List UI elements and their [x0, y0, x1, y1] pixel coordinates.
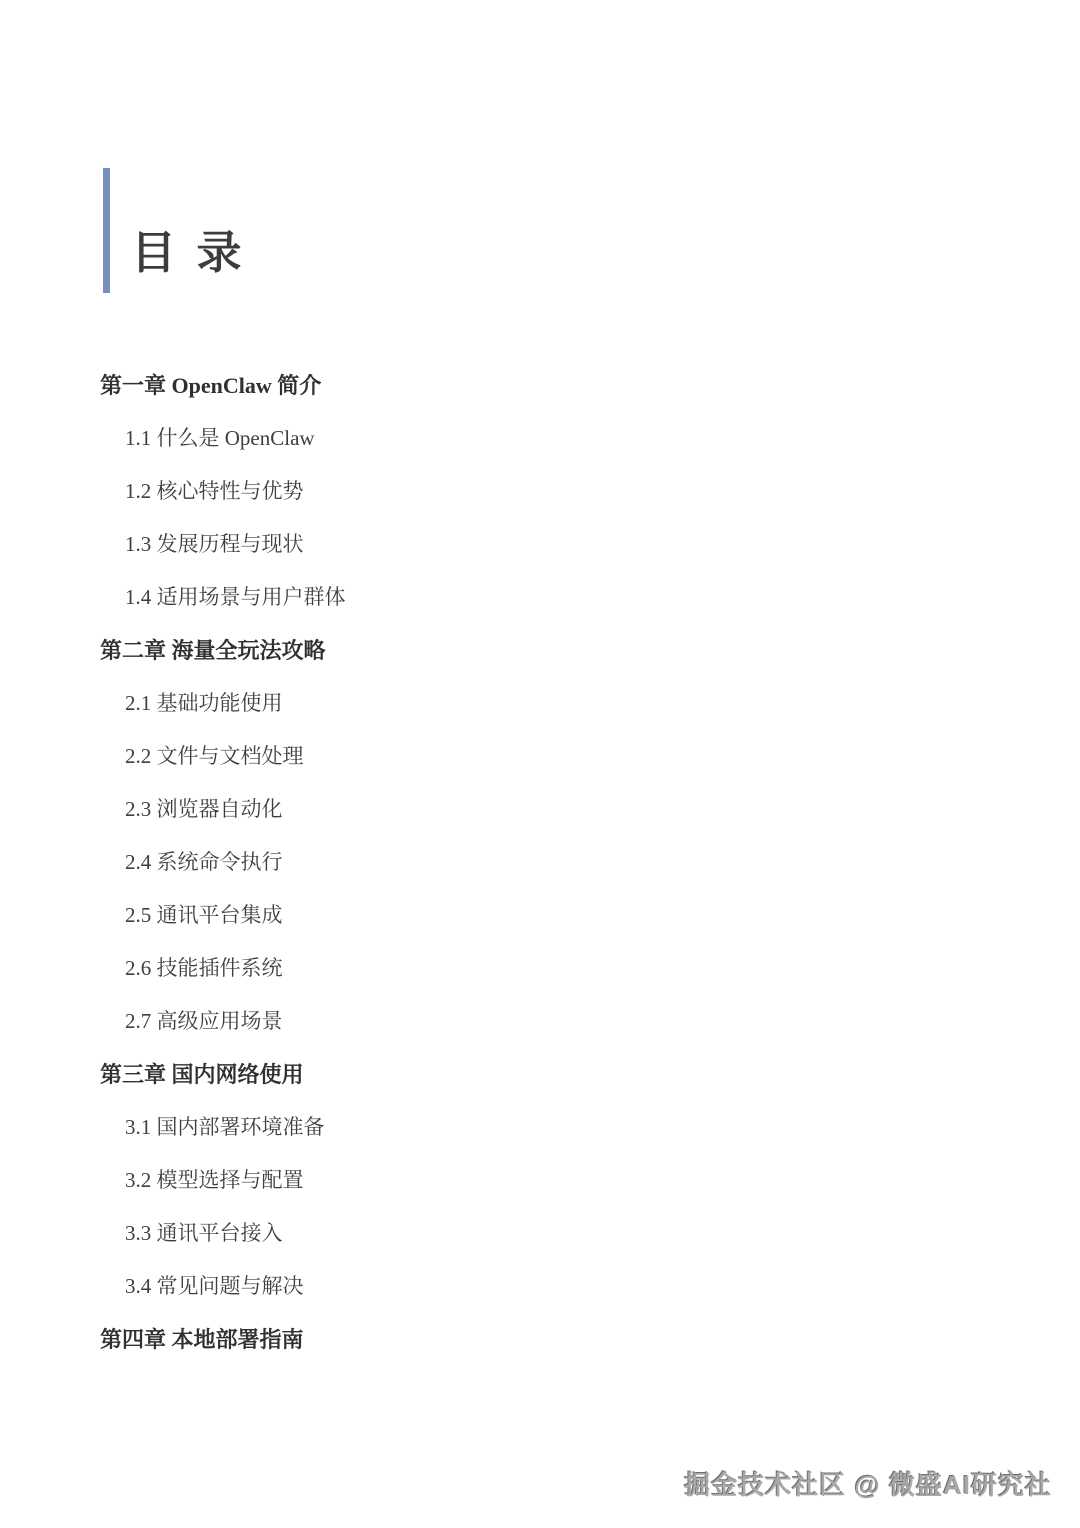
toc-item: 2.4 系统命令执行 — [100, 836, 980, 889]
toc-item: 2.1 基础功能使用 — [100, 677, 980, 730]
toc-section-title: 第一章 OpenClaw 简介 — [100, 359, 980, 412]
toc-item: 3.2 模型选择与配置 — [100, 1154, 980, 1207]
toc-item: 3.4 常见问题与解决 — [100, 1260, 980, 1313]
watermark: 掘金技术社区 @ 微盛AI研究社 — [684, 1465, 1052, 1502]
toc-item: 1.2 核心特性与优势 — [100, 465, 980, 518]
toc-item: 1.3 发展历程与现状 — [100, 518, 980, 571]
toc-section-title: 第三章 国内网络使用 — [100, 1048, 980, 1101]
toc-item: 1.1 什么是 OpenClaw — [100, 412, 980, 465]
document-page: 目 录 第一章 OpenClaw 简介1.1 什么是 OpenClaw1.2 核… — [0, 0, 1080, 1528]
toc-item: 2.6 技能插件系统 — [100, 942, 980, 995]
toc-section-title: 第四章 本地部署指南 — [100, 1313, 980, 1366]
toc-item: 1.4 适用场景与用户群体 — [100, 571, 980, 624]
toc-item: 2.7 高级应用场景 — [100, 995, 980, 1048]
toc-item: 2.5 通讯平台集成 — [100, 889, 980, 942]
toc: 第一章 OpenClaw 简介1.1 什么是 OpenClaw1.2 核心特性与… — [100, 359, 980, 1366]
toc-item: 2.3 浏览器自动化 — [100, 783, 980, 836]
toc-item: 2.2 文件与文档处理 — [100, 730, 980, 783]
toc-item: 3.3 通讯平台接入 — [100, 1207, 980, 1260]
page-title: 目 录 — [131, 226, 246, 280]
toc-item: 3.1 国内部署环境准备 — [100, 1101, 980, 1154]
toc-section-title: 第二章 海量全玩法攻略 — [100, 624, 980, 677]
title-accent-bar — [103, 168, 110, 293]
